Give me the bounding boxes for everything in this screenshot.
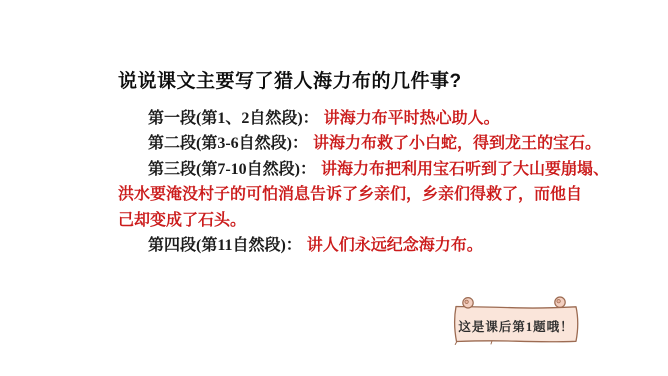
lesson-outline: 第一段(第1、2自然段)：讲海力布平时热心助人。 第二段(第3-6自然段)：讲海… [118,106,596,258]
outline-line: 洪水要淹没村子的可怕消息告诉了乡亲们，乡亲们得救了，而他自 [118,182,596,207]
segment-label: 第三段(第7-10自然段)： [148,161,316,178]
segment-summary: 讲海力布平时热心助人。 [324,110,500,127]
segment-summary: 讲海力布把利用宝石听到了大山要崩塌、 [321,161,609,178]
segment-label: 第一段(第1、2自然段)： [148,110,319,127]
segment-summary: 讲人们永远纪念海力布。 [307,237,483,254]
segment-label: 第二段(第3-6自然段)： [148,135,308,152]
slide-title: 说说课文主要写了猎人海力布的几件事? [118,66,462,93]
outline-line: 第二段(第3-6自然段)：讲海力布救了小白蛇，得到龙王的宝石。 [118,131,596,156]
segment-label: 第四段(第11自然段)： [148,237,302,254]
banner-text: 这是课后第1题哦！ [450,317,582,335]
segment-summary: 讲海力布救了小白蛇，得到龙王的宝石。 [313,135,601,152]
reminder-banner: 这是课后第1题哦！ [450,296,582,348]
outline-line: 第一段(第1、2自然段)：讲海力布平时热心助人。 [118,106,596,131]
segment-summary: 己却变成了石头。 [118,212,246,229]
outline-line: 第三段(第7-10自然段)：讲海力布把利用宝石听到了大山要崩塌、 [118,157,596,182]
outline-line: 第四段(第11自然段)：讲人们永远纪念海力布。 [118,233,596,258]
segment-summary: 洪水要淹没村子的可怕消息告诉了乡亲们，乡亲们得救了，而他自 [118,186,582,203]
outline-line: 己却变成了石头。 [118,208,596,233]
slide-canvas: 说说课文主要写了猎人海力布的几件事? 第一段(第1、2自然段)：讲海力布平时热心… [0,0,668,376]
